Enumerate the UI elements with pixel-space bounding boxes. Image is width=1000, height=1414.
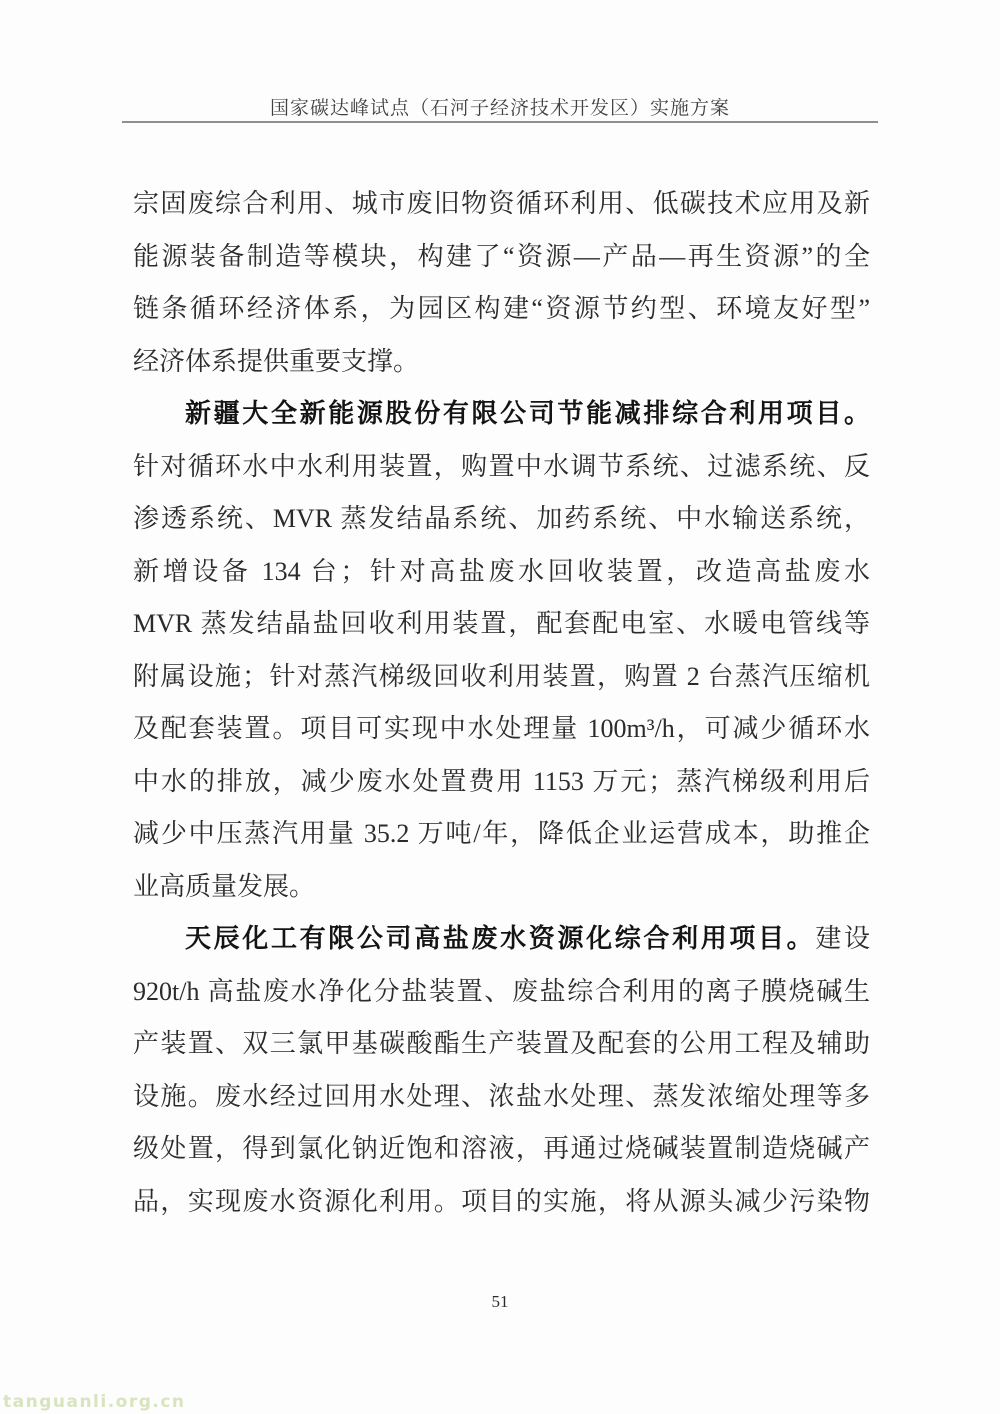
document-page: { "header": { "title": "国家碳达峰试点（石河子经济技术开… xyxy=(0,0,1000,1414)
bold-text-run: 新疆大全新能源股份有限公司节能减排综合利用项目。 xyxy=(185,399,870,428)
body-line: 品，实现废水资源化利用。项目的实施，将从源头减少污染物 xyxy=(133,1176,870,1229)
text-run: 产装置、双三氯甲基碳酸酯生产装置及配套的公用工程及辅助 xyxy=(133,1029,870,1058)
body-line: 针对循环水中水利用装置，购置中水调节系统、过滤系统、反 xyxy=(133,441,870,494)
text-run: 减少中压蒸汽用量 35.2 万吨/年，降低企业运营成本，助推企 xyxy=(133,819,870,848)
page-header-title: 国家碳达峰试点（石河子经济技术开发区）实施方案 xyxy=(0,93,1000,120)
text-run: 及配套装置。项目可实现中水处理量 100m³/h，可减少循环水 xyxy=(133,714,870,743)
body-line: 中水的排放，减少废水处置费用 1153 万元；蒸汽梯级利用后 xyxy=(133,756,870,809)
header-divider-rule xyxy=(122,121,878,123)
text-run: 中水的排放，减少废水处置费用 1153 万元；蒸汽梯级利用后 xyxy=(133,767,870,796)
body-line: 附属设施；针对蒸汽梯级回收利用装置，购置 2 台蒸汽压缩机 xyxy=(133,651,870,704)
text-run: 渗透系统、MVR 蒸发结晶系统、加药系统、中水输送系统， xyxy=(133,504,870,533)
body-line: 链条循环经济体系，为园区构建“资源节约型、环境友好型” xyxy=(133,283,870,336)
bold-text-run: 天辰化工有限公司高盐废水资源化综合利用项目。 xyxy=(185,924,815,953)
body-text: 宗固废综合利用、城市废旧物资循环利用、低碳技术应用及新能源装备制造等模块，构建了… xyxy=(133,178,870,1228)
body-line: 新疆大全新能源股份有限公司节能减排综合利用项目。 xyxy=(133,388,870,441)
text-run: 920t/h 高盐废水净化分盐装置、废盐综合利用的离子膜烧碱生 xyxy=(133,977,870,1006)
text-run: 能源装备制造等模块，构建了“资源—产品—再生资源”的全 xyxy=(133,242,870,271)
text-run: 针对循环水中水利用装置，购置中水调节系统、过滤系统、反 xyxy=(133,452,870,481)
body-line: 业高质量发展。 xyxy=(133,861,870,914)
body-line: 新增设备 134 台；针对高盐废水回收装置，改造高盐废水 xyxy=(133,546,870,599)
text-run: 宗固废综合利用、城市废旧物资循环利用、低碳技术应用及新 xyxy=(133,189,870,218)
body-line: MVR 蒸发结晶盐回收利用装置，配套配电室、水暖电管线等 xyxy=(133,598,870,651)
text-run: 建设 xyxy=(815,924,870,953)
text-run: 品，实现废水资源化利用。项目的实施，将从源头减少污染物 xyxy=(133,1187,870,1216)
body-line: 设施。废水经过回用水处理、浓盐水处理、蒸发浓缩处理等多 xyxy=(133,1071,870,1124)
body-line: 经济体系提供重要支撑。 xyxy=(133,336,870,389)
body-line: 减少中压蒸汽用量 35.2 万吨/年，降低企业运营成本，助推企 xyxy=(133,808,870,861)
body-line: 能源装备制造等模块，构建了“资源—产品—再生资源”的全 xyxy=(133,231,870,284)
body-line: 天辰化工有限公司高盐废水资源化综合利用项目。建设 xyxy=(133,913,870,966)
text-run: MVR 蒸发结晶盐回收利用装置，配套配电室、水暖电管线等 xyxy=(133,609,870,638)
body-line: 产装置、双三氯甲基碳酸酯生产装置及配套的公用工程及辅助 xyxy=(133,1018,870,1071)
body-line: 宗固废综合利用、城市废旧物资循环利用、低碳技术应用及新 xyxy=(133,178,870,231)
text-run: 附属设施；针对蒸汽梯级回收利用装置，购置 2 台蒸汽压缩机 xyxy=(133,662,870,691)
text-run: 设施。废水经过回用水处理、浓盐水处理、蒸发浓缩处理等多 xyxy=(133,1082,870,1111)
text-run: 经济体系提供重要支撑。 xyxy=(133,347,419,376)
body-line: 920t/h 高盐废水净化分盐装置、废盐综合利用的离子膜烧碱生 xyxy=(133,966,870,1019)
text-run: 业高质量发展。 xyxy=(133,872,315,901)
text-run: 链条循环经济体系，为园区构建“资源节约型、环境友好型” xyxy=(133,294,870,323)
text-run: 新增设备 134 台；针对高盐废水回收装置，改造高盐废水 xyxy=(133,557,870,586)
watermark-text: tanguanli.org.cn xyxy=(3,1392,186,1412)
page-number: 51 xyxy=(0,1292,1000,1312)
body-line: 级处置，得到氯化钠近饱和溶液，再通过烧碱装置制造烧碱产 xyxy=(133,1123,870,1176)
body-line: 及配套装置。项目可实现中水处理量 100m³/h，可减少循环水 xyxy=(133,703,870,756)
text-run: 级处置，得到氯化钠近饱和溶液，再通过烧碱装置制造烧碱产 xyxy=(133,1134,870,1163)
body-line: 渗透系统、MVR 蒸发结晶系统、加药系统、中水输送系统， xyxy=(133,493,870,546)
